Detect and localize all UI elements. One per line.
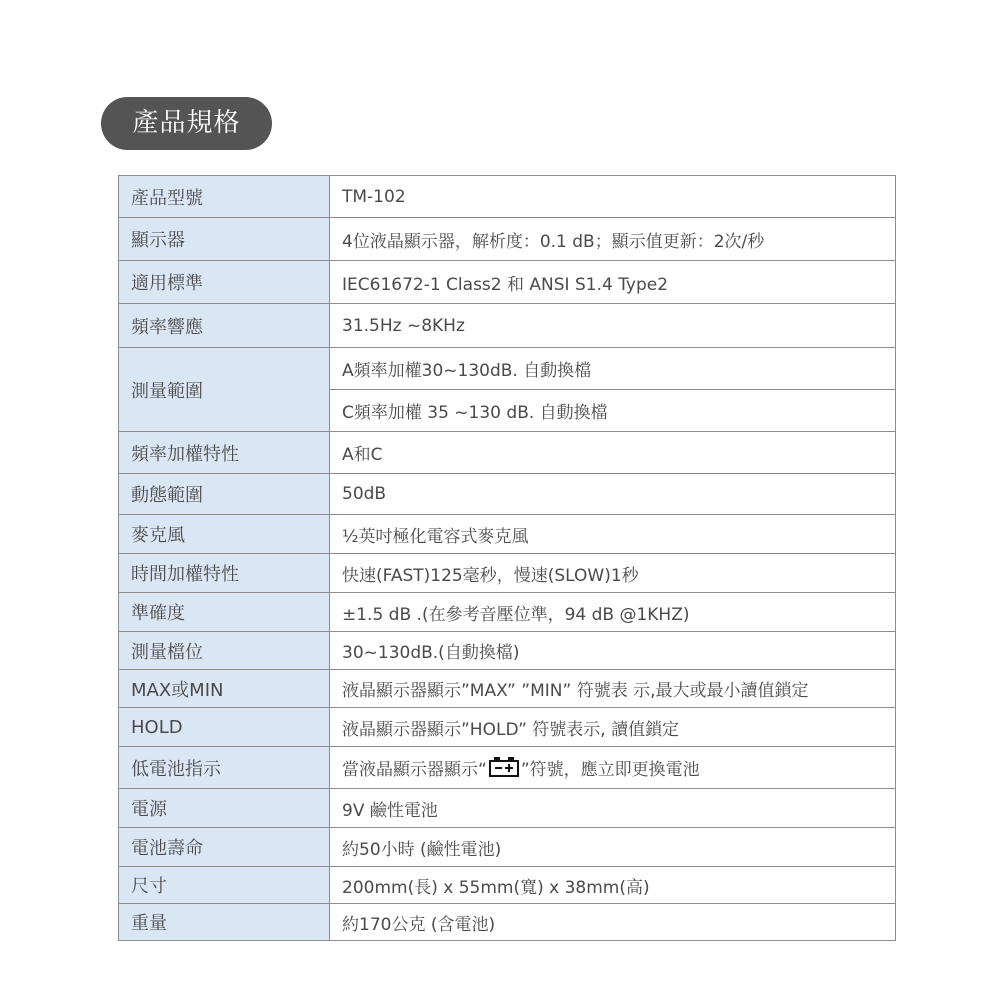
spec-row: 頻率響應31.5Hz ~8KHz <box>119 304 896 348</box>
spec-label: MAX或MIN <box>119 670 330 708</box>
spec-row: 尺寸200mm(長) x 55mm(寬) x 38mm(高) <box>119 867 896 904</box>
spec-label: 時間加權特性 <box>119 554 330 593</box>
spec-row: 低電池指示當液晶顯示器顯示“”符號，應立即更換電池 <box>119 747 896 789</box>
spec-value: 約50小時 (鹼性電池) <box>330 828 896 867</box>
spec-value: ±1.5 dB .(在參考音壓位準，94 dB @1KHZ) <box>330 593 896 632</box>
spec-label: 電源 <box>119 789 330 828</box>
spec-value: 當液晶顯示器顯示“”符號，應立即更換電池 <box>330 747 896 789</box>
spec-value: 快速(FAST)125毫秒，慢速(SLOW)1秒 <box>330 554 896 593</box>
spec-row: 麥克風½英吋極化電容式麥克風 <box>119 515 896 554</box>
spec-row: 頻率加權特性A和C <box>119 432 896 474</box>
spec-label: 電池壽命 <box>119 828 330 867</box>
spec-label: 準確度 <box>119 593 330 632</box>
spec-row: 電池壽命約50小時 (鹼性電池) <box>119 828 896 867</box>
spec-value: A和C <box>330 432 896 474</box>
spec-value-prefix: 當液晶顯示器顯示“ <box>342 760 487 780</box>
spec-value: 50dB <box>330 474 896 515</box>
spec-value: ½英吋極化電容式麥克風 <box>330 515 896 554</box>
spec-row: 測量範圍A頻率加權30~130dB. 自動換檔 <box>119 348 896 390</box>
spec-label: 重量 <box>119 904 330 941</box>
spec-label: HOLD <box>119 708 330 747</box>
spec-value: IEC61672-1 Class2 和 ANSI S1.4 Type2 <box>330 261 896 304</box>
spec-value: 液晶顯示器顯示”HOLD” 符號表示, 讀值鎖定 <box>330 708 896 747</box>
spec-row: 產品型號TM-102 <box>119 176 896 218</box>
spec-row: HOLD液晶顯示器顯示”HOLD” 符號表示, 讀值鎖定 <box>119 708 896 747</box>
spec-label: 動態範圍 <box>119 474 330 515</box>
spec-row: 顯示器4位液晶顯示器，解析度：0.1 dB；顯示值更新：2次/秒 <box>119 218 896 261</box>
spec-value: TM-102 <box>330 176 896 218</box>
section-title: 產品規格 <box>101 97 272 150</box>
spec-value: 9V 鹼性電池 <box>330 789 896 828</box>
spec-value-suffix: ”符號，應立即更換電池 <box>521 760 700 780</box>
spec-row: 動態範圍50dB <box>119 474 896 515</box>
spec-label: 產品型號 <box>119 176 330 218</box>
spec-label: 低電池指示 <box>119 747 330 789</box>
spec-row: 準確度±1.5 dB .(在參考音壓位準，94 dB @1KHZ) <box>119 593 896 632</box>
spec-row: 測量檔位30~130dB.(自動換檔) <box>119 632 896 670</box>
spec-row: MAX或MIN液晶顯示器顯示”MAX” ”MIN” 符號表 示,最大或最小讀值鎖… <box>119 670 896 708</box>
spec-row: 時間加權特性快速(FAST)125毫秒，慢速(SLOW)1秒 <box>119 554 896 593</box>
spec-value: 31.5Hz ~8KHz <box>330 304 896 348</box>
spec-value: 液晶顯示器顯示”MAX” ”MIN” 符號表 示,最大或最小讀值鎖定 <box>330 670 896 708</box>
spec-label: 顯示器 <box>119 218 330 261</box>
spec-label: 適用標準 <box>119 261 330 304</box>
battery-low-icon <box>489 760 519 777</box>
spec-row: 重量約170公克 (含電池) <box>119 904 896 941</box>
spec-value: 30~130dB.(自動換檔) <box>330 632 896 670</box>
spec-row: 電源9V 鹼性電池 <box>119 789 896 828</box>
spec-value: A頻率加權30~130dB. 自動換檔 <box>330 348 896 390</box>
spec-label: 麥克風 <box>119 515 330 554</box>
spec-value: 200mm(長) x 55mm(寬) x 38mm(高) <box>330 867 896 904</box>
spec-label: 測量範圍 <box>119 348 330 432</box>
spec-label: 頻率響應 <box>119 304 330 348</box>
spec-value: C頻率加權 35 ~130 dB. 自動換檔 <box>330 390 896 432</box>
spec-value: 4位液晶顯示器，解析度：0.1 dB；顯示值更新：2次/秒 <box>330 218 896 261</box>
spec-row: 適用標準 IEC61672-1 Class2 和 ANSI S1.4 Type2 <box>119 261 896 304</box>
spec-label: 測量檔位 <box>119 632 330 670</box>
spec-label: 尺寸 <box>119 867 330 904</box>
spec-value: 約170公克 (含電池) <box>330 904 896 941</box>
spec-label: 頻率加權特性 <box>119 432 330 474</box>
spec-table: 產品型號TM-102顯示器4位液晶顯示器，解析度：0.1 dB；顯示值更新：2次… <box>118 175 896 941</box>
